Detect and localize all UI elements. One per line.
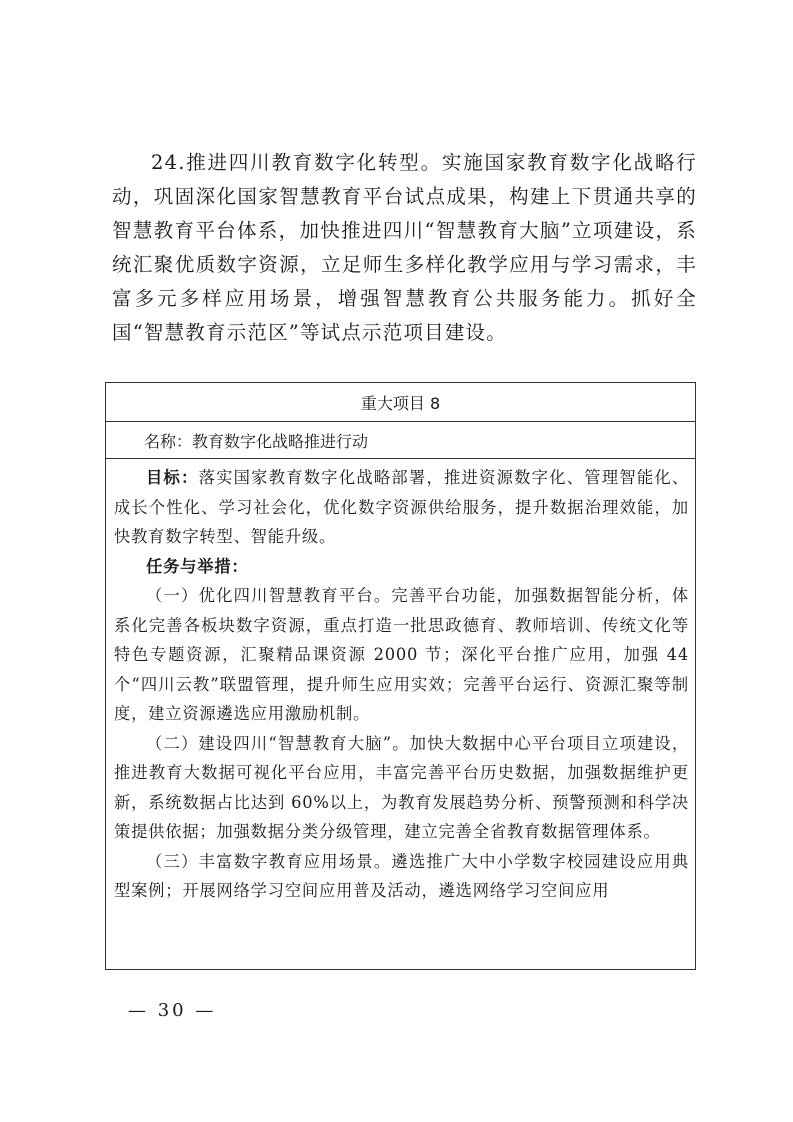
goal-text: 落实国家教育数字化战略部署，推进资源数字化、管理智能化、成长个性化、学习社会化，…: [114, 468, 689, 546]
task-item: （二）建设四川“智慧教育大脑”。加快大数据中心平台项目立项建设，推进教育大数据可…: [114, 729, 689, 847]
intro-section: 24.推进四川教育数字化转型。实施国家教育数字化战略行动，巩固深化国家智慧教育平…: [112, 146, 697, 350]
major-project-box: 重大项目 8 名称：教育数字化战略推进行动 目标：落实国家教育数字化战略部署，推…: [105, 382, 696, 970]
intro-paragraph: 24.推进四川教育数字化转型。实施国家教育数字化战略行动，巩固深化国家智慧教育平…: [112, 146, 697, 350]
task-item: （一）优化四川智慧教育平台。完善平台功能，加强数据智能分析，体系化完善各板块数字…: [114, 581, 689, 729]
project-body: 目标：落实国家教育数字化战略部署，推进资源数字化、管理智能化、成长个性化、学习社…: [106, 459, 695, 906]
project-name: 名称：教育数字化战略推进行动: [106, 422, 695, 459]
tasks-label: 任务与举措：: [146, 557, 249, 576]
task-item: （三）丰富数字教育应用场景。遴选推广大中小学数字校园建设应用典型案例；开展网络学…: [114, 847, 689, 906]
page-number: — 30 —: [128, 1000, 216, 1021]
tasks-heading: 任务与举措：: [114, 552, 689, 582]
project-title: 重大项目 8: [106, 383, 695, 422]
goal-label: 目标：: [146, 468, 199, 487]
goal-paragraph: 目标：落实国家教育数字化战略部署，推进资源数字化、管理智能化、成长个性化、学习社…: [114, 463, 689, 552]
